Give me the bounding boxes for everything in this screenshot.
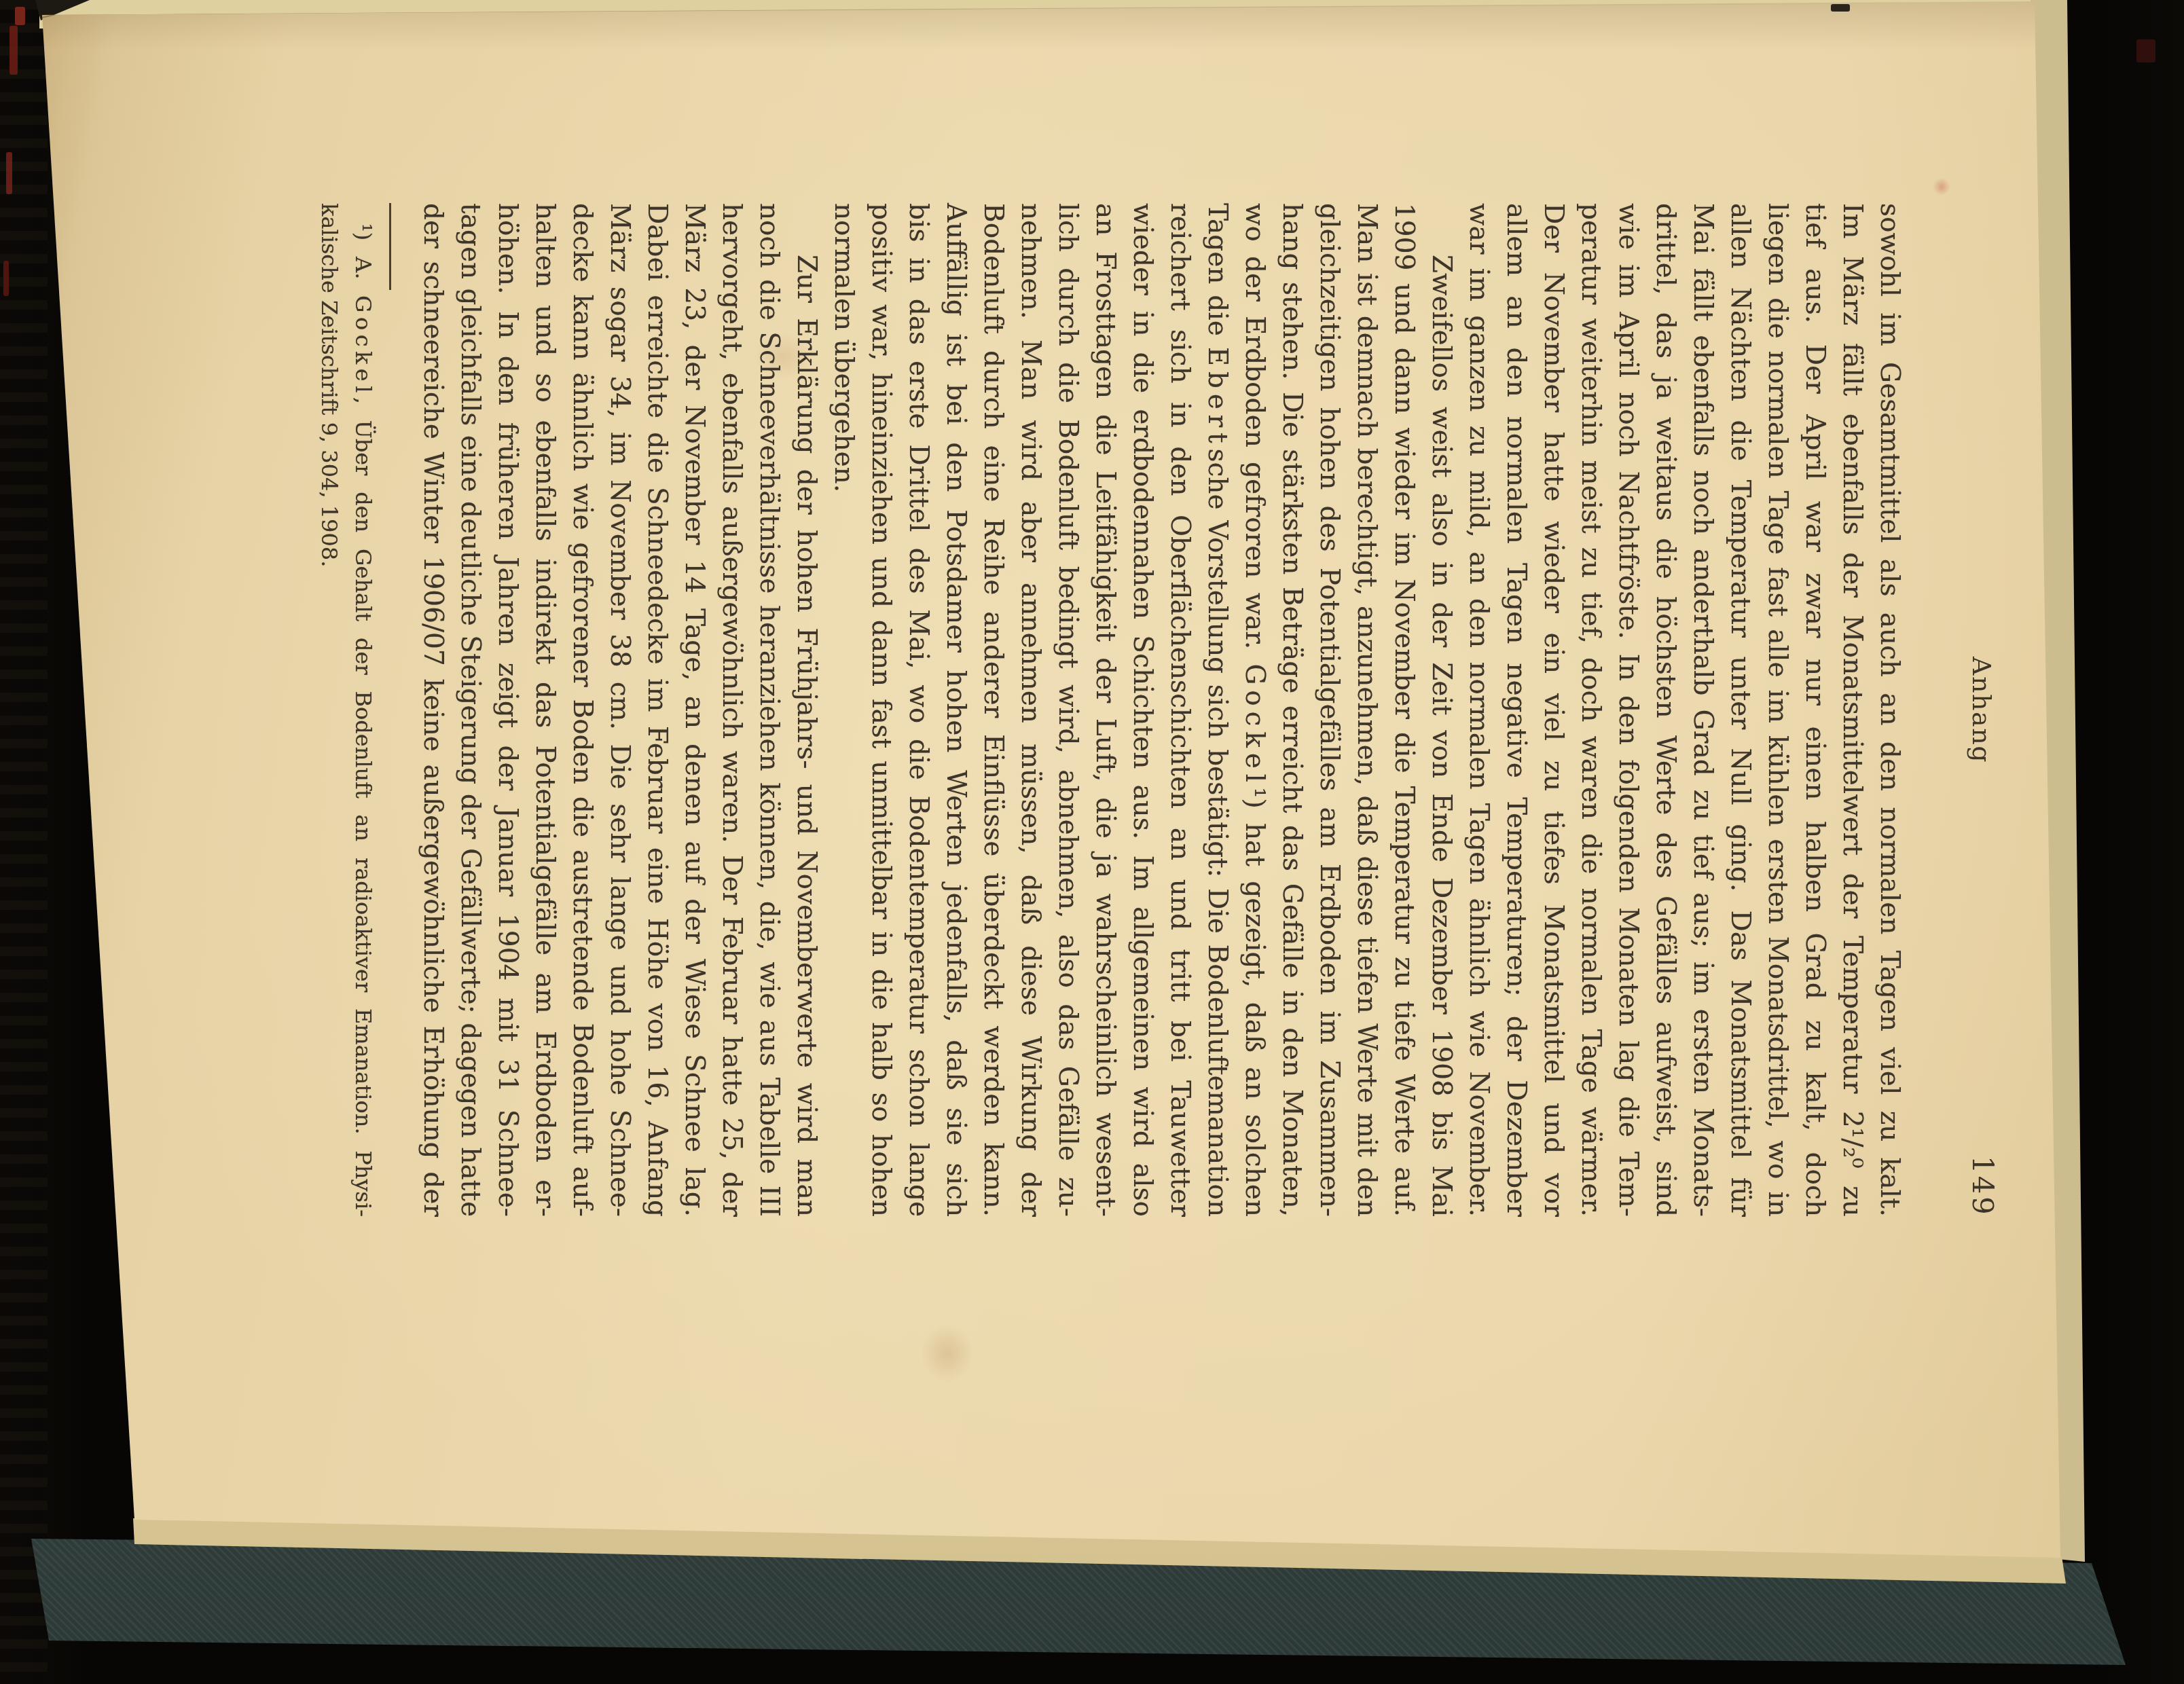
- page-header: Anhang 149: [1956, 203, 1997, 1217]
- text-line: positiv war, hineinziehen und dann fast …: [862, 203, 900, 1217]
- text-line: gleichzeitigen hohen des Potentialgefäll…: [1311, 203, 1348, 1217]
- text-line: hang stehen. Die stärksten Beträge errei…: [1273, 203, 1311, 1217]
- text-line: an Frosttagen die Leitfähigkeit der Luft…: [1087, 203, 1124, 1217]
- footnote-text: ¹) A. Gockel, Über den Gehalt der Bodenl…: [312, 203, 380, 1217]
- text-line: liegen die normalen Tage fast alle im kü…: [1759, 203, 1796, 1217]
- text-line: bis in das erste Drittel des Mai, wo die…: [900, 203, 937, 1217]
- text-line: Zur Erklärung der hohen Frühjahrs- und N…: [788, 203, 825, 1217]
- text-line: peratur weiterhin meist zu tief, doch wa…: [1572, 203, 1609, 1217]
- text-line: tagen gleichfalls eine deutliche Steiger…: [452, 203, 489, 1217]
- text-line: Der November hatte wieder ein viel zu ti…: [1535, 203, 1572, 1217]
- text-line: März 23, der November 14 Tage, an denen …: [676, 203, 713, 1217]
- page-number: 149: [1966, 1156, 1999, 1217]
- text-line: Man ist demnach berechtigt, anzunehmen, …: [1348, 203, 1385, 1217]
- book-spine-shadow: [0, 0, 48, 1684]
- spine-red-mark: [10, 26, 18, 75]
- text-line: tief aus. Der April war zwar nur einen h…: [1796, 203, 1834, 1217]
- text-line: war im ganzen zu mild, an den normalen T…: [1460, 203, 1497, 1217]
- paper-stain: [94, 1289, 125, 1324]
- text-line: wie im April noch Nachtfröste. In den fo…: [1609, 203, 1647, 1217]
- text-line: 1909 und dann wieder im November die Tem…: [1385, 203, 1423, 1217]
- text-line: Dabei erreichte die Schneedecke im Febru…: [638, 203, 676, 1217]
- text-line: decke kann ähnlich wie gefrorener Boden …: [564, 203, 601, 1217]
- background-mark: [2136, 39, 2155, 62]
- book-photo-scene: Anhang 149 sowohl im Gesamtmittel als au…: [0, 0, 2184, 1684]
- text-line: der schneereiche Winter 1906/07 keine au…: [414, 203, 452, 1217]
- text-line: normalen übergehen.: [825, 203, 862, 1217]
- text-line: halten und so ebenfalls indirekt das Pot…: [526, 203, 564, 1217]
- text-line: reichert sich in den Oberflächenschichte…: [1161, 203, 1199, 1217]
- text-line: Zweifellos weist also in der Zeit von En…: [1423, 203, 1460, 1217]
- text-line: hervorgeht, ebenfalls außergewöhnlich wa…: [713, 203, 750, 1217]
- text-line: allen Nächten die Temperatur unter Null …: [1722, 203, 1759, 1217]
- text-line: Auffällig ist bei den Potsdamer hohen We…: [937, 203, 975, 1217]
- footnote-rule: [389, 203, 391, 290]
- text-line: ¹) A. Gockel, Über den Gehalt der Bodenl…: [346, 203, 380, 1217]
- text-line: lich durch die Bodenluft bedingt wird, a…: [1049, 203, 1087, 1217]
- text-line: sowohl im Gesamtmittel als auch an den n…: [1871, 203, 1908, 1217]
- text-line: kalische Zeitschrift 9, 304, 1908.: [312, 203, 346, 1217]
- text-line: Tagen die Ebertsche Vorstellung sich bes…: [1199, 203, 1236, 1217]
- text-line: Im März fällt ebenfalls der Monatsmittel…: [1834, 203, 1871, 1217]
- text-line: März sogar 34, im November 38 cm. Die se…: [601, 203, 638, 1217]
- spine-red-mark: [6, 152, 12, 194]
- running-title: Anhang: [1967, 657, 1997, 763]
- text-line: Bodenluft durch eine Reihe anderer Einfl…: [975, 203, 1012, 1217]
- text-line: allem an den normalen Tagen negative Tem…: [1497, 203, 1535, 1217]
- spine-red-mark: [3, 261, 9, 296]
- book-page: Anhang 149 sowohl im Gesamtmittel als au…: [0, 0, 2184, 1684]
- text-line: drittel, das ja weitaus die höchsten Wer…: [1647, 203, 1684, 1217]
- text-line: höhen. In den früheren Jahren zeigt der …: [489, 203, 526, 1217]
- text-line: wo der Erdboden gefroren war. Gockel¹) h…: [1236, 203, 1273, 1217]
- rotated-page-content: Anhang 149 sowohl im Gesamtmittel als au…: [26, 8, 2056, 1522]
- text-line: nehmen. Man wird aber annehmen müssen, d…: [1012, 203, 1049, 1217]
- text-line: wieder in die erdbodennahen Schichten au…: [1124, 203, 1161, 1217]
- text-line: Mai fällt ebenfalls noch anderthalb Grad…: [1684, 203, 1722, 1217]
- body-text: sowohl im Gesamtmittel als auch an den n…: [414, 203, 1908, 1217]
- text-line: noch die Schneeverhältnisse heranziehen …: [750, 203, 788, 1217]
- spine-red-mark: [15, 7, 25, 25]
